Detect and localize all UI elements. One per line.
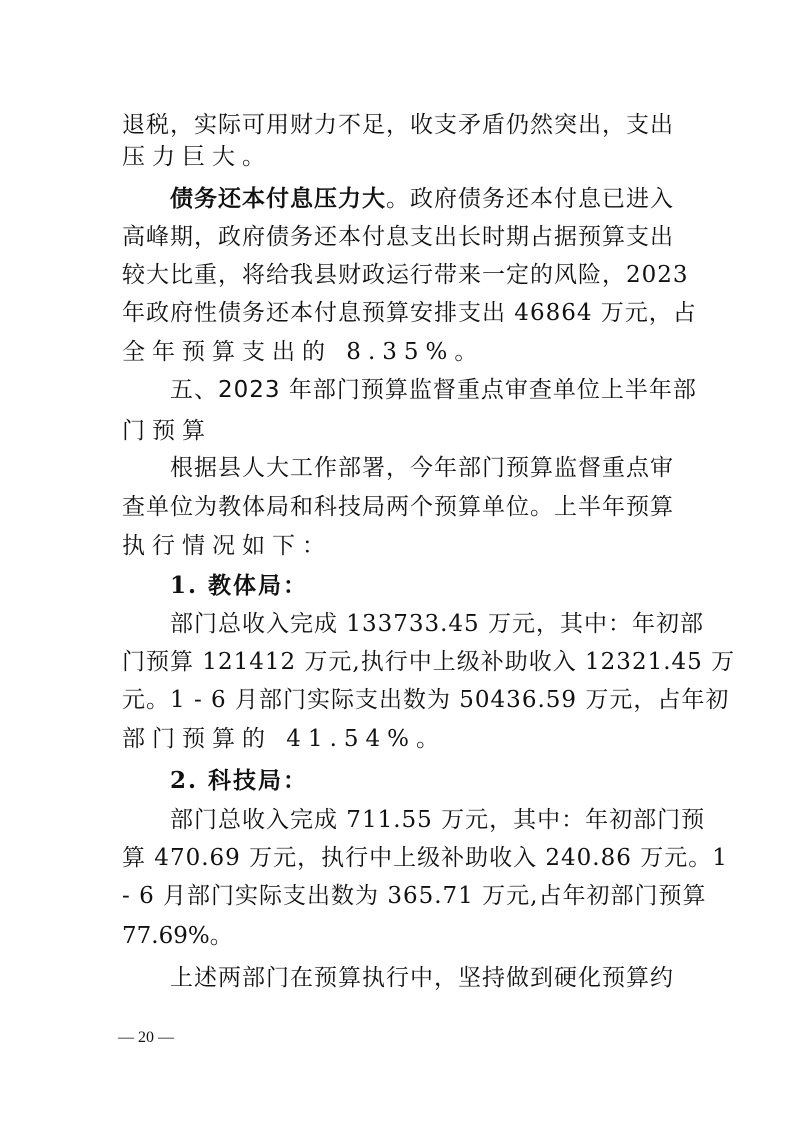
section-heading: 五、2023 年部门预算监督重点审查单位上半年部 [170, 374, 670, 406]
subsection-heading-education-bureau: 1. 教体局： [170, 570, 670, 602]
paragraph-line: 高峰期，政府债务还本付息支出长时期占据预算支出 [122, 221, 670, 253]
paragraph-line: 77.69%。 [122, 920, 670, 952]
bold-lead-phrase: 债务还本付息压力大 [170, 185, 386, 212]
paragraph-line: 执行情况如下： [122, 530, 670, 562]
paragraph-line: - 6 月部门实际支出数为 365.71 万元,占年初部门预算 [122, 880, 670, 912]
paragraph-line: 根据县人大工作部署，今年部门预算监督重点审 [170, 452, 670, 484]
subsection-heading-tech-bureau: 2. 科技局： [170, 765, 670, 797]
section-heading: 门预算 [122, 415, 670, 447]
paragraph-line: 债务还本付息压力大。政府债务还本付息已进入 [170, 183, 670, 215]
paragraph-text: 。政府债务还本付息已进入 [386, 186, 674, 212]
document-page: 退税，实际可用财力不足，收支矛盾仍然突出，支出 压力巨大。 债务还本付息压力大。… [0, 0, 793, 1122]
paragraph-line: 退税，实际可用财力不足，收支矛盾仍然突出，支出 [122, 109, 670, 141]
paragraph-line: 部门总收入完成 133733.45 万元，其中：年初部 [170, 608, 670, 640]
paragraph-line: 门预算 121412 万元,执行中上级补助收入 12321.45 万 [122, 646, 670, 678]
paragraph-line: 算 470.69 万元，执行中上级补助收入 240.86 万元。1 [122, 842, 670, 874]
paragraph-line: 年政府性债务还本付息预算安排支出 46864 万元，占 [122, 297, 670, 329]
paragraph-line: 查单位为教体局和科技局两个预算单位。上半年预算 [122, 491, 670, 523]
paragraph-line: 部门总收入完成 711.55 万元，其中：年初部门预 [170, 804, 670, 836]
paragraph-line: 上述两部门在预算执行中，坚持做到硬化预算约 [170, 962, 670, 994]
paragraph-line: 较大比重，将给我县财政运行带来一定的风险，2023 [122, 259, 670, 291]
page-number: — 20 — [118, 1028, 174, 1048]
paragraph-line: 元。1 - 6 月部门实际支出数为 50436.59 万元，占年初 [122, 684, 670, 716]
paragraph-line: 全年预算支出的 8.35%。 [122, 336, 670, 368]
paragraph-line: 压力巨大。 [122, 141, 670, 173]
paragraph-line: 部门预算的 41.54%。 [122, 723, 670, 755]
